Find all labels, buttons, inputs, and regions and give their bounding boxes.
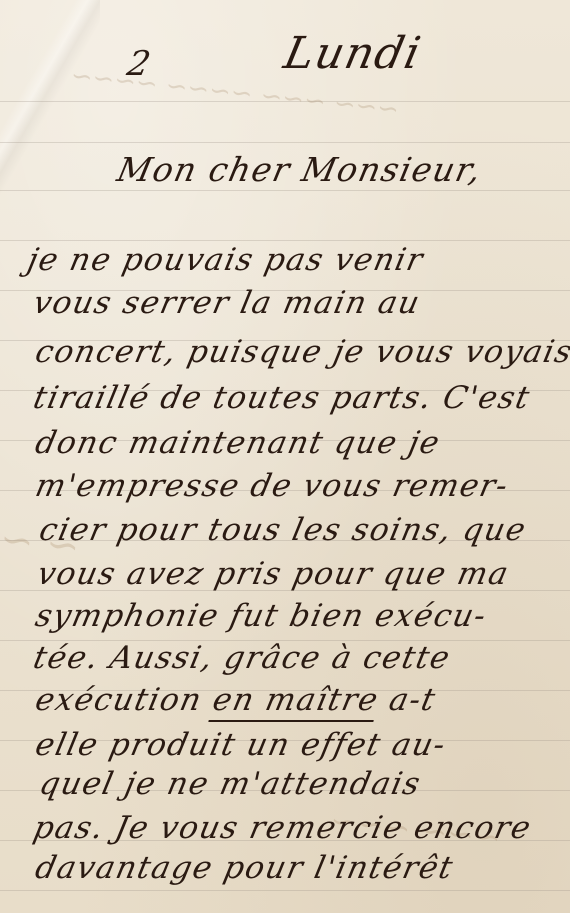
ruled-line xyxy=(0,142,570,143)
letter-line: donc maintenant que je xyxy=(32,425,444,461)
letter-line: tée. Aussi, grâce à cette xyxy=(30,640,454,676)
letter-line: exécution en maître a-t xyxy=(32,682,439,718)
letter-line: pas. Je vous remercie encore xyxy=(30,810,535,846)
salutation: Mon cher Monsieur, xyxy=(114,150,486,189)
letter-line: vous serrer la main au xyxy=(30,285,424,321)
letter-line: davantage pour l'intérêt xyxy=(32,850,457,886)
letter-line: concert, puisque je vous voyais xyxy=(32,334,570,370)
ruled-line xyxy=(0,190,570,191)
letter-line: cier pour tous les soins, que xyxy=(36,512,530,548)
paper-fold-crease xyxy=(0,0,100,200)
line-text: a-t xyxy=(375,682,440,718)
ruled-line xyxy=(0,240,570,241)
letter-line: tiraillé de toutes parts. C'est xyxy=(30,380,534,416)
letter-line: je ne pouvais pas venir xyxy=(24,242,427,278)
letter-line: vous avez pris pour que ma xyxy=(34,556,512,592)
letter-page: ~~~ ~~~ ~~~~ ~~~~ ~ ~ ~~~ ~~~ 2 Lundi Mo… xyxy=(0,0,570,913)
letter-line: symphonie fut bien exécu- xyxy=(32,598,490,634)
underlined-phrase: en maître xyxy=(209,682,383,722)
ruled-line xyxy=(0,101,570,102)
letter-line: m'empresse de vous remer- xyxy=(32,468,512,504)
line-text: exécution xyxy=(32,682,217,718)
letter-date: Lundi xyxy=(280,28,426,79)
letter-line: elle produit un effet au- xyxy=(32,727,450,763)
ruled-line xyxy=(0,890,570,891)
letter-line: quel je ne m'attendais xyxy=(36,766,424,802)
page-number: 2 xyxy=(124,44,156,84)
